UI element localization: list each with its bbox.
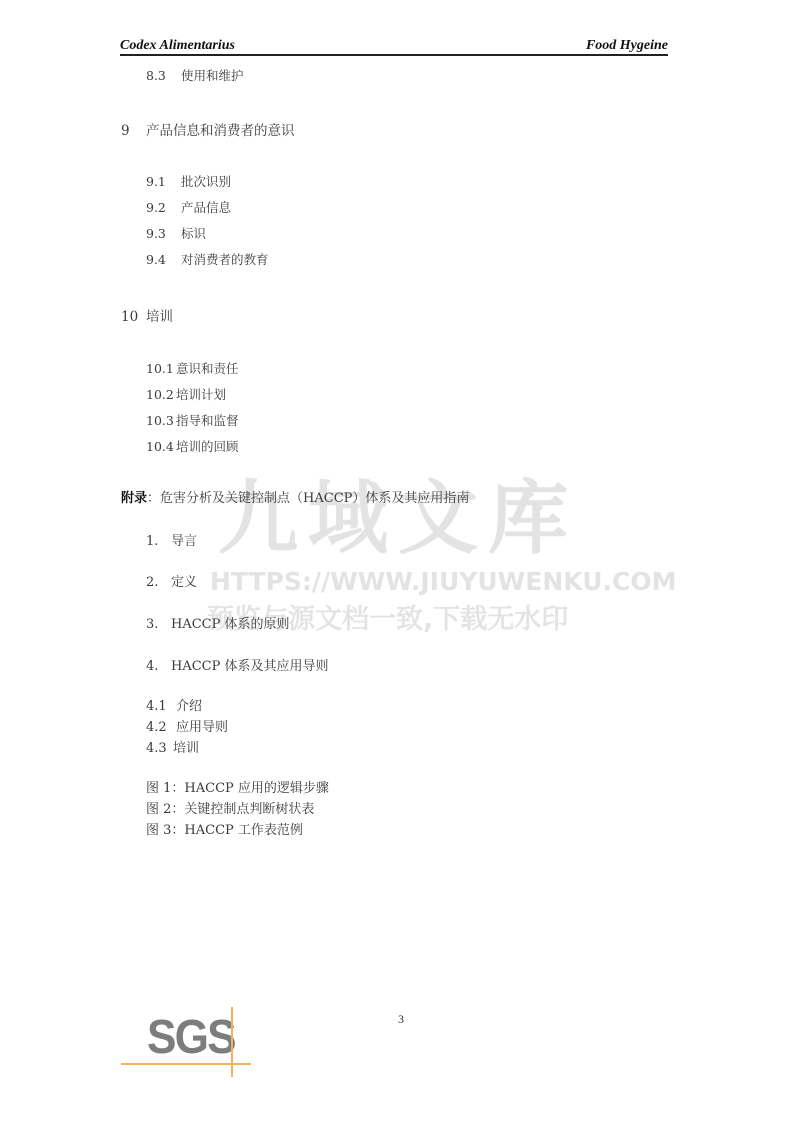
- annex-separator: ：: [147, 491, 160, 506]
- toc-entry-number: 9.3: [146, 226, 181, 242]
- figure-entry: 图 1：HACCP 应用的逻辑步骤: [146, 781, 329, 797]
- figure-title: HACCP 工作表范例: [184, 823, 303, 838]
- annex-title: 危害分析及关键控制点（HACCP）体系及其应用指南: [160, 491, 469, 506]
- page-content: Codex Alimentarius Food Hygeine 8.3使用和维护…: [0, 0, 793, 1122]
- running-header: Codex Alimentarius Food Hygeine: [120, 37, 668, 56]
- toc-entry-title: 产品信息: [181, 200, 231, 215]
- toc-entry-title: 指导和监督: [176, 413, 239, 428]
- toc-entry-number: 9.1: [146, 174, 181, 190]
- toc-entry-number: 1.: [146, 534, 171, 550]
- toc-subentry: 4.2应用导则: [146, 720, 228, 736]
- toc-entry-number: 3.: [146, 617, 171, 633]
- toc-entry-number: 10.2: [146, 387, 176, 403]
- toc-entry-number: 4.1: [146, 699, 176, 715]
- figure-entry: 图 2：关键控制点判断树状表: [146, 802, 314, 818]
- toc-entry-number: 8.3: [146, 68, 181, 84]
- toc-entry-title: 使用和维护: [181, 68, 244, 83]
- sgs-logo-text: SGS: [147, 1011, 235, 1065]
- toc-entry: 1.导言: [146, 534, 197, 550]
- annex-label: 附录: [121, 491, 147, 506]
- toc-section-title: 产品信息和消费者的意识: [146, 123, 295, 139]
- annex-heading: 附录：危害分析及关键控制点（HACCP）体系及其应用指南: [121, 491, 469, 507]
- toc-entry: 2.定义: [146, 575, 197, 591]
- toc-entry-title: 标识: [181, 226, 206, 241]
- toc-entry-title: 应用导则: [176, 720, 228, 735]
- figure-label: 图 3：: [146, 823, 184, 838]
- toc-entry-title: 介绍: [176, 699, 202, 714]
- toc-entry-number: 10.1: [146, 361, 176, 377]
- toc-entry: 9.1批次识别: [146, 174, 231, 190]
- toc-entry-number: 4.: [146, 659, 171, 675]
- toc-entry-title: 培训计划: [176, 387, 226, 402]
- toc-section-heading: 9产品信息和消费者的意识: [121, 123, 295, 139]
- figure-title: 关键控制点判断树状表: [184, 802, 314, 817]
- toc-entry-title: 培训: [173, 741, 199, 756]
- page-number: 3: [398, 1012, 404, 1027]
- document-page: 九域文库 HTTPS://WWW.JIUYUWENKU.COM 预览与源文档一致…: [0, 0, 793, 1122]
- toc-entry: 10.4培训的回顾: [146, 439, 239, 455]
- toc-entry: 4.HACCP 体系及其应用导则: [146, 659, 329, 675]
- figure-label: 图 1：: [146, 781, 184, 796]
- figure-entry: 图 3：HACCP 工作表范例: [146, 823, 303, 839]
- toc-entry-number: 10.3: [146, 413, 176, 429]
- figure-title: HACCP 应用的逻辑步骤: [184, 781, 329, 796]
- toc-entry-number: 10.4: [146, 439, 176, 455]
- figure-label: 图 2：: [146, 802, 184, 817]
- toc-entry-number: 2.: [146, 575, 171, 591]
- toc-entry: 9.2产品信息: [146, 200, 231, 216]
- header-left-title: Codex Alimentarius: [120, 37, 235, 54]
- toc-entry: 10.2培训计划: [146, 387, 226, 403]
- toc-entry-title: 对消费者的教育: [181, 252, 269, 267]
- toc-entry: 8.3使用和维护: [146, 68, 244, 84]
- toc-entry-number: 4.2: [146, 720, 176, 736]
- toc-subentry: 4.3培训: [146, 741, 199, 757]
- toc-entry-title: 培训的回顾: [176, 439, 239, 454]
- toc-entry-number: 9.4: [146, 252, 181, 268]
- toc-entry-number: 9.2: [146, 200, 181, 216]
- toc-entry: 9.4对消费者的教育: [146, 252, 269, 268]
- toc-entry-title: 意识和责任: [176, 361, 239, 376]
- toc-entry: 9.3标识: [146, 226, 206, 242]
- toc-entry: 3.HACCP 体系的原则: [146, 617, 290, 633]
- toc-entry-title: 导言: [171, 534, 197, 549]
- toc-entry-title: 定义: [171, 575, 197, 590]
- toc-section-number: 10: [121, 309, 146, 325]
- toc-section-number: 9: [121, 123, 146, 139]
- toc-entry: 10.1意识和责任: [146, 361, 239, 377]
- sgs-logo-vertical-rule: [231, 1007, 233, 1077]
- toc-entry-title: 批次识别: [181, 174, 231, 189]
- toc-section-heading: 10培训: [121, 309, 173, 325]
- toc-section-title: 培训: [146, 309, 173, 325]
- toc-entry-title: HACCP 体系及其应用导则: [171, 659, 329, 674]
- header-right-title: Food Hygeine: [586, 37, 668, 54]
- toc-entry: 10.3指导和监督: [146, 413, 239, 429]
- sgs-logo: SGS: [121, 1005, 253, 1077]
- toc-subentry: 4.1介绍: [146, 699, 202, 715]
- toc-entry-title: HACCP 体系的原则: [171, 617, 290, 632]
- toc-entry-number: 4.3: [146, 741, 173, 757]
